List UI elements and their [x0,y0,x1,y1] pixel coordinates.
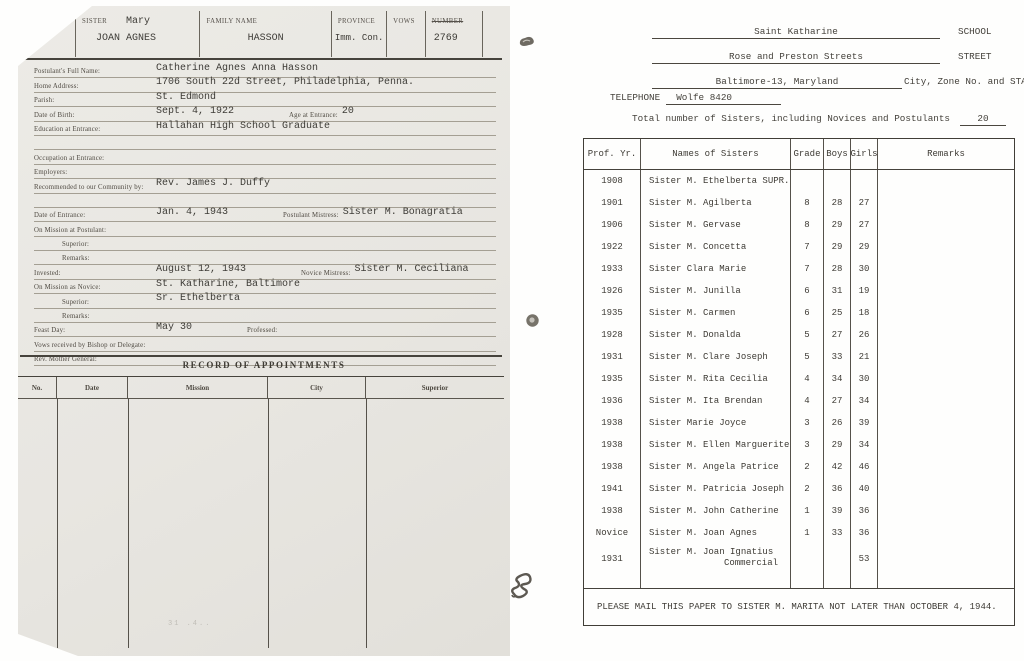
grade-cell: 7 [791,258,824,280]
boys-count-cell: 29 [824,236,851,258]
girls-count-cell: 40 [851,478,878,500]
girls-count-cell: 46 [851,456,878,478]
field-label: Employers: [34,169,152,178]
field-label: Postulant Mistress: [283,212,339,221]
appointments-column-line [57,398,58,648]
sisters-table-blank-space [584,574,1014,588]
sister-row: 1933Sister Clara Marie72830 [584,258,1014,280]
field-label: Home Address: [34,83,152,92]
boys-count-cell: 42 [824,456,851,478]
appointments-column-header: No. [18,377,57,398]
table-column-header: Girls [851,139,878,169]
prof-year-cell: 1933 [584,258,641,280]
sister-name: Sister Clara Marie [649,264,746,274]
form-field: On Mission at Postulant: [34,222,496,236]
appointments-column-line [128,398,129,648]
blank-rule [34,194,496,208]
blank-rule [34,136,496,150]
remarks-cell [878,236,1014,258]
number-value: 2769 [434,33,458,44]
sister-name: Sister Marie Joyce [649,418,746,428]
sister-row: 1936Sister M. Ita Brendan42734 [584,390,1014,412]
sister-row: 1941Sister M. Patricia Joseph23640 [584,478,1014,500]
prof-year-cell: 1908 [584,170,641,192]
sister-name-cell: Sister M. Clare Joseph [641,346,791,368]
vows-cell: VOWS [386,11,425,57]
form-field: Parish:St. Edmond [34,93,496,107]
field-label: Education at Entrance: [34,126,152,135]
appointments-header-row: No.DateMissionCitySuperior [18,376,504,399]
boys-count-cell: 25 [824,302,851,324]
grade-cell [791,170,824,192]
appointments-title: RECORD OF APPOINTMENTS [18,360,510,370]
girls-count-cell: 34 [851,434,878,456]
number-label-struck: NUMBER [432,18,463,25]
sister-name-cell: Sister M. Ellen Marguerite [641,434,791,456]
grade-cell: 2 [791,478,824,500]
grade-cell: 5 [791,346,824,368]
field-label: Postulant's Full Name: [34,68,152,77]
form-field: On Mission as Novice:St. Katharine, Balt… [34,280,496,294]
boys-count-cell: 29 [824,214,851,236]
school-label: SCHOOL [958,26,991,37]
girls-count-cell: 27 [851,192,878,214]
remarks-cell [878,522,1014,544]
prof-year-cell: 1938 [584,434,641,456]
school-line: Saint Katharine SCHOOL [652,26,991,39]
form-field: Date of Birth:Sept. 4, 1922Age at Entran… [34,107,496,121]
table-column-header: Boys [824,139,851,169]
girls-count-cell: 36 [851,500,878,522]
girls-count-cell: 34 [851,390,878,412]
left-page-record-card: SISTER Mary JOAN AGNES FAMILY NAME HASSO… [18,6,510,656]
sister-name-cell: Sister M. Rita Cecilia [641,368,791,390]
remarks-cell [878,544,1014,574]
field-value: Sister M. Bonagratia [343,208,463,218]
ink-blot [524,312,541,329]
girls-count-cell: 27 [851,214,878,236]
field-label: Remarks: [34,313,152,322]
remarks-cell [878,500,1014,522]
telephone-value: Wolfe 8420 [666,92,781,105]
prof-year-cell: 1926 [584,280,641,302]
grade-cell: 3 [791,412,824,434]
grade-cell: 4 [791,368,824,390]
boys-count-cell: 28 [824,192,851,214]
remarks-cell [878,434,1014,456]
sister-name-cell: Sister M. Ethelberta SUPR. [641,170,791,192]
sister-row: 1931Sister M. Clare Joseph53321 [584,346,1014,368]
boys-count-cell: 33 [824,522,851,544]
sister-name-cell: Sister M. Joan Agnes [641,522,791,544]
sister-label: SISTER [82,18,107,25]
sister-row: 1922Sister M. Concetta72929 [584,236,1014,258]
girls-count-cell: 29 [851,236,878,258]
sister-row: 1928Sister M. Donalda52726 [584,324,1014,346]
city-line: Baltimore-13, Maryland City, Zone No. an… [652,76,1024,89]
city-label: City, Zone No. and STATE [904,76,1024,87]
telephone-label: TELEPHONE [610,92,660,103]
form-field: Vows received by Bishop or Delegate: [34,337,496,351]
grade-cell: 5 [791,324,824,346]
sister-name-cell: Sister M. Patricia Joseph [641,478,791,500]
sister-row: 1938Sister Marie Joyce32639 [584,412,1014,434]
field-value: Catherine Agnes Anna Hasson [156,64,318,74]
number-cell: NUMBER 2769 [425,11,483,57]
form-field: Invested:August 12, 1943Novice Mistress:… [34,265,496,279]
remarks-cell [878,324,1014,346]
prof-year-cell: 1936 [584,390,641,412]
prof-year-cell: 1935 [584,302,641,324]
province-value: Imm. Con. [335,33,384,43]
form-field: Occupation at Entrance: [34,150,496,164]
remarks-cell [878,412,1014,434]
grade-cell: 7 [791,236,824,258]
boys-count-cell [824,544,851,574]
total-sisters-label: Total number of Sisters, including Novic… [632,113,950,124]
field-value: Rev. James J. Duffy [156,179,270,189]
table-column-header: Names of Sisters [641,139,791,169]
sisters-table-header: Prof. Yr.Names of SistersGradeBoysGirlsR… [584,139,1014,170]
appointments-column-line [366,398,367,648]
section-divider-line [20,355,502,357]
field-label: Professed: [247,327,277,336]
remarks-cell [878,346,1014,368]
remarks-cell [878,170,1014,192]
boys-count-cell: 27 [824,390,851,412]
ink-blot [517,34,537,50]
sister-name-cell: Sister M. Donalda [641,324,791,346]
girls-count-cell: 36 [851,522,878,544]
field-value: August 12, 1943 [156,265,246,275]
total-sisters-value: 20 [960,113,1006,126]
boys-count-cell: 36 [824,478,851,500]
prof-year-cell: 1906 [584,214,641,236]
remarks-cell [878,390,1014,412]
appointments-column-header: Date [57,377,128,398]
appointments-column-header: Mission [128,377,268,398]
appointments-column-header: City [268,377,366,398]
boys-count-cell [824,170,851,192]
sister-name: Sister M. Junilla [649,286,741,296]
grade-cell: 6 [791,280,824,302]
field-label: On Mission as Novice: [34,284,152,293]
field-label: Age at Entrance: [289,112,338,121]
sister-row: 1926Sister M. Junilla63119 [584,280,1014,302]
field-label: Date of Birth: [34,112,152,121]
sister-row: 1906Sister M. Gervase82927 [584,214,1014,236]
field-value: May 30 [156,323,192,333]
field-value: Sept. 4, 1922 [156,107,234,117]
family-name-value: HASSON [200,33,330,44]
street-value: Rose and Preston Streets [652,51,940,64]
sister-name: Sister M. Ita Brendan [649,396,762,406]
field-value: Hallahan High School Graduate [156,122,330,132]
sister-name: Sister M. Joan Ignatius [649,547,790,558]
prof-year-cell: 1931 [584,346,641,368]
sister-name: Sister M. Rita Cecilia [649,374,768,384]
field-label: Parish: [34,97,152,106]
girls-count-cell: 30 [851,258,878,280]
appointments-column-line [268,398,269,648]
sister-name: Sister M. Carmen [649,308,735,318]
sister-name-cell: Sister M. Ita Brendan [641,390,791,412]
field-label: Occupation at Entrance: [34,155,152,164]
remarks-cell [878,368,1014,390]
right-page-school-report: Saint Katharine SCHOOL Rose and Preston … [560,0,1024,661]
boys-count-cell: 29 [824,434,851,456]
header-divider-line [20,58,502,60]
boys-count-cell: 28 [824,258,851,280]
prof-year-cell: 1935 [584,368,641,390]
sister-row: 1938Sister M. Angela Patrice24246 [584,456,1014,478]
grade-cell [791,544,824,574]
boys-count-cell: 33 [824,346,851,368]
form-field: Home Address:1706 South 22d Street, Phil… [34,78,496,92]
city-value: Baltimore-13, Maryland [652,76,902,89]
sister-name-cell: Sister M. Agilberta [641,192,791,214]
sisters-table: Prof. Yr.Names of SistersGradeBoysGirlsR… [583,138,1015,626]
sister-name-cell: Sister M. Angela Patrice [641,456,791,478]
blank-cell [584,574,641,588]
sister-row: 1908Sister M. Ethelberta SUPR. [584,170,1014,192]
boys-count-cell: 26 [824,412,851,434]
blank-cell [641,574,791,588]
form-field: Employers: [34,165,496,179]
field-label: Feast Day: [34,327,152,336]
sister-row: 1935Sister M. Rita Cecilia43430 [584,368,1014,390]
girls-count-cell [851,170,878,192]
sister-name: Sister M. Angela Patrice [649,462,779,472]
field-label: Superior: [34,299,152,308]
sister-name: Sister M. John Catherine [649,506,779,516]
prof-year-cell: 1928 [584,324,641,346]
field-value: 1706 South 22d Street, Philadelphia, Pen… [156,78,414,88]
sister-row: 1901Sister M. Agilberta82827 [584,192,1014,214]
prof-year-cell: 1922 [584,236,641,258]
province-cell: PROVINCE Imm. Con. [331,11,386,57]
table-column-header: Remarks [878,139,1014,169]
street-line: Rose and Preston Streets STREET [652,51,991,64]
ink-scribble [506,566,538,602]
field-value: St. Edmond [156,93,216,103]
prof-year-cell: Novice [584,522,641,544]
grade-cell: 1 [791,500,824,522]
field-label: Vows received by Bishop or Delegate: [34,342,152,351]
street-label: STREET [958,51,991,62]
table-column-header: Prof. Yr. [584,139,641,169]
form-field: Superior: [34,237,496,251]
prof-year-cell: 1941 [584,478,641,500]
field-label: Remarks: [34,255,152,264]
sister-first-name: Mary [126,16,150,27]
sister-name: Sister M. Ellen Marguerite [649,440,789,450]
sister-name: Sister M. Agilberta [649,198,752,208]
total-sisters-line: Total number of Sisters, including Novic… [632,113,1006,126]
remarks-cell [878,258,1014,280]
sister-row: 1935Sister M. Carmen62518 [584,302,1014,324]
grade-cell: 8 [791,214,824,236]
scanned-archive-document: { "left_page": { "header": { "sister_lab… [0,0,1024,661]
remarks-cell [878,456,1014,478]
form-field: Feast Day:May 30Professed: [34,323,496,337]
boys-count-cell: 39 [824,500,851,522]
sister-name: Sister M. Donalda [649,330,741,340]
girls-count-cell: 21 [851,346,878,368]
grade-cell: 8 [791,192,824,214]
sister-name: Sister M. Patricia Joseph [649,484,784,494]
sister-name: Sister M. Concetta [649,242,746,252]
sister-name: Sister M. Ethelberta SUPR. [649,176,789,186]
blank-cell [878,574,1014,588]
girls-count-cell: 53 [851,544,878,574]
boys-count-cell: 34 [824,368,851,390]
sister-name-cell: SISTER Mary JOAN AGNES [75,11,199,57]
remarks-cell [878,302,1014,324]
appointments-column-header: Superior [366,377,504,398]
family-name-label: FAMILY NAME [206,18,257,25]
form-field: Superior:Sr. Ethelberta [34,294,496,308]
sister-name-cell: Sister M. Joan IgnatiusCommercial [641,544,791,574]
table-column-header: Grade [791,139,824,169]
field-value: Sr. Ethelberta [156,294,240,304]
field-label: Date of Entrance: [34,212,152,221]
sister-row: 1938Sister M. John Catherine13936 [584,500,1014,522]
sister-row: 1938Sister M. Ellen Marguerite32934 [584,434,1014,456]
prof-year-cell: 1938 [584,456,641,478]
prof-year-cell: 1931 [584,544,641,574]
field-value: Jan. 4, 1943 [156,208,228,218]
sister-name-cell: Sister Marie Joyce [641,412,791,434]
girls-count-cell: 26 [851,324,878,346]
sister-row: 1931Sister M. Joan IgnatiusCommercial53 [584,544,1014,574]
boys-count-cell: 27 [824,324,851,346]
remarks-cell [878,214,1014,236]
form-field: Recommended to our Community by:Rev. Jam… [34,179,496,193]
prof-year-cell: 1938 [584,500,641,522]
grade-cell: 1 [791,522,824,544]
family-name-cell: FAMILY NAME HASSON [199,11,330,57]
remarks-cell [878,192,1014,214]
sister-name: Sister M. Clare Joseph [649,352,768,362]
blank-cell [791,574,824,588]
field-label: Novice Mistress: [301,270,350,279]
sister-religious-name: JOAN AGNES [96,33,156,44]
sister-name: Sister M. Gervase [649,220,741,230]
sister-name-cell: Sister Clara Marie [641,258,791,280]
mail-instruction-note: PLEASE MAIL THIS PAPER TO SISTER M. MARI… [584,588,1014,625]
field-value: Sister M. Ceciliana [354,265,468,275]
girls-count-cell: 39 [851,412,878,434]
field-label: On Mission at Postulant: [34,227,152,236]
faint-pencil-smudge: 31 .4.. [168,620,211,628]
remarks-cell [878,478,1014,500]
girls-count-cell: 30 [851,368,878,390]
field-label: Invested: [34,270,152,279]
sister-name-cell: Sister M. John Catherine [641,500,791,522]
field-value: 20 [342,107,354,117]
sister-name-cell: Sister M. Concetta [641,236,791,258]
blank-cell [824,574,851,588]
province-label: PROVINCE [338,18,375,25]
prof-year-cell: 1901 [584,192,641,214]
vows-label: VOWS [393,18,415,25]
sister-name-cell: Sister M. Carmen [641,302,791,324]
sister-name-cell: Sister M. Gervase [641,214,791,236]
girls-count-cell: 18 [851,302,878,324]
sister-name-cell: Sister M. Junilla [641,280,791,302]
prof-year-cell: 1938 [584,412,641,434]
remarks-cell [878,280,1014,302]
form-field: Date of Entrance:Jan. 4, 1943Postulant M… [34,208,496,222]
blank-cell [851,574,878,588]
field-label: Recommended to our Community by: [34,184,152,193]
telephone-line: TELEPHONE Wolfe 8420 [610,92,781,105]
school-value: Saint Katharine [652,26,940,39]
girls-count-cell: 19 [851,280,878,302]
sister-name-note: Commercial [649,558,790,569]
sister-name: Sister M. Joan Agnes [649,528,757,538]
form-field: Remarks: [34,309,496,323]
form-field: Education at Entrance:Hallahan High Scho… [34,122,496,136]
record-card-fields: Postulant's Full Name:Catherine Agnes An… [34,64,496,366]
field-label: Superior: [34,241,152,250]
record-card-header: SISTER Mary JOAN AGNES FAMILY NAME HASSO… [75,11,483,57]
sister-row: NoviceSister M. Joan Agnes13336 [584,522,1014,544]
boys-count-cell: 31 [824,280,851,302]
grade-cell: 2 [791,456,824,478]
grade-cell: 4 [791,390,824,412]
field-value: St. Katharine, Baltimore [156,280,300,290]
grade-cell: 6 [791,302,824,324]
grade-cell: 3 [791,434,824,456]
